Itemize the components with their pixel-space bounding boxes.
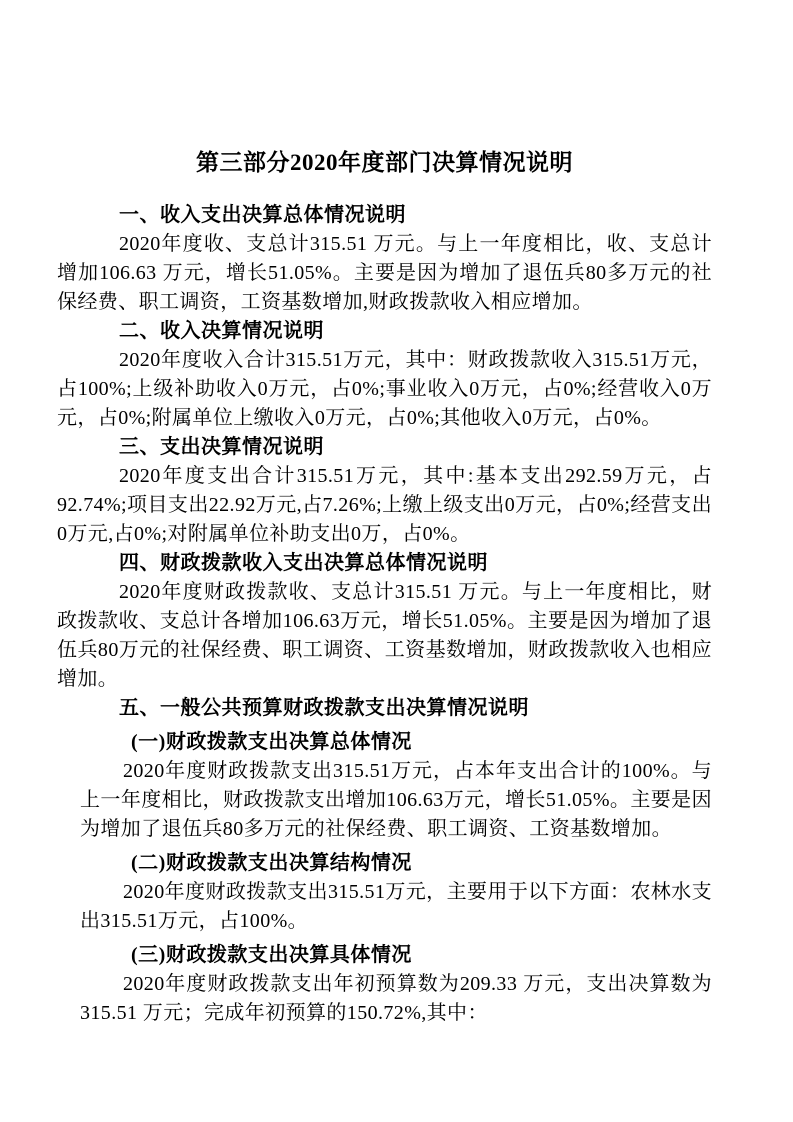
document-page: 第三部分2020年度部门决算情况说明 一、收入支出决算总体情况说明 2020年度… — [0, 0, 793, 1122]
section-heading-1: 一、收入支出决算总体情况说明 — [57, 201, 712, 230]
subsection-heading-2: (二)财政拨款支出决算结构情况 — [57, 849, 712, 878]
section-fiscal-appropriation-overview: 四、财政拨款收入支出决算总体情况说明 2020年度财政拨款收、支总计315.51… — [57, 549, 712, 694]
section-public-budget-appropriation: 五、一般公共预算财政拨款支出决算情况说明 (一)财政拨款支出决算总体情况 202… — [57, 694, 712, 1028]
subsection-appropriation-details: (三)财政拨款支出决算具体情况 2020年度财政拨款支出年初预算数为209.33… — [57, 941, 712, 1028]
document-title: 第三部分2020年度部门决算情况说明 — [57, 148, 712, 178]
section-3-paragraph: 2020年度支出合计315.51万元，其中:基本支出292.59万元，占92.7… — [57, 462, 712, 549]
section-heading-5: 五、一般公共预算财政拨款支出决算情况说明 — [57, 694, 712, 723]
subsection-heading-3: (三)财政拨款支出决算具体情况 — [57, 941, 712, 970]
section-heading-4: 四、财政拨款收入支出决算总体情况说明 — [57, 549, 712, 578]
section-2-paragraph: 2020年度收入合计315.51万元，其中：财政拨款收入315.51万元，占10… — [57, 346, 712, 433]
subsection-appropriation-overall: (一)财政拨款支出决算总体情况 2020年度财政拨款支出315.51万元，占本年… — [57, 728, 712, 844]
section-4-paragraph: 2020年度财政拨款收、支总计315.51 万元。与上一年度相比，财政拨款收、支… — [57, 578, 712, 694]
section-expenditure-final-accounts: 三、支出决算情况说明 2020年度支出合计315.51万元，其中:基本支出292… — [57, 433, 712, 549]
subsection-appropriation-structure: (二)财政拨款支出决算结构情况 2020年度财政拨款支出315.51万元，主要用… — [57, 849, 712, 936]
subsection-heading-1: (一)财政拨款支出决算总体情况 — [57, 728, 712, 757]
section-income-expenditure-overview: 一、收入支出决算总体情况说明 2020年度收、支总计315.51 万元。与上一年… — [57, 201, 712, 317]
section-heading-3: 三、支出决算情况说明 — [57, 433, 712, 462]
subsection-1-paragraph: 2020年度财政拨款支出315.51万元，占本年支出合计的100%。与上一年度相… — [80, 757, 712, 844]
subsection-3-paragraph: 2020年度财政拨款支出年初预算数为209.33 万元，支出决算数为315.51… — [80, 970, 712, 1028]
section-income-final-accounts: 二、收入决算情况说明 2020年度收入合计315.51万元，其中：财政拨款收入3… — [57, 317, 712, 433]
section-heading-2: 二、收入决算情况说明 — [57, 317, 712, 346]
subsection-2-paragraph: 2020年度财政拨款支出315.51万元，主要用于以下方面：农林水支出315.5… — [80, 878, 712, 936]
section-1-paragraph: 2020年度收、支总计315.51 万元。与上一年度相比，收、支总计增加106.… — [57, 230, 712, 317]
